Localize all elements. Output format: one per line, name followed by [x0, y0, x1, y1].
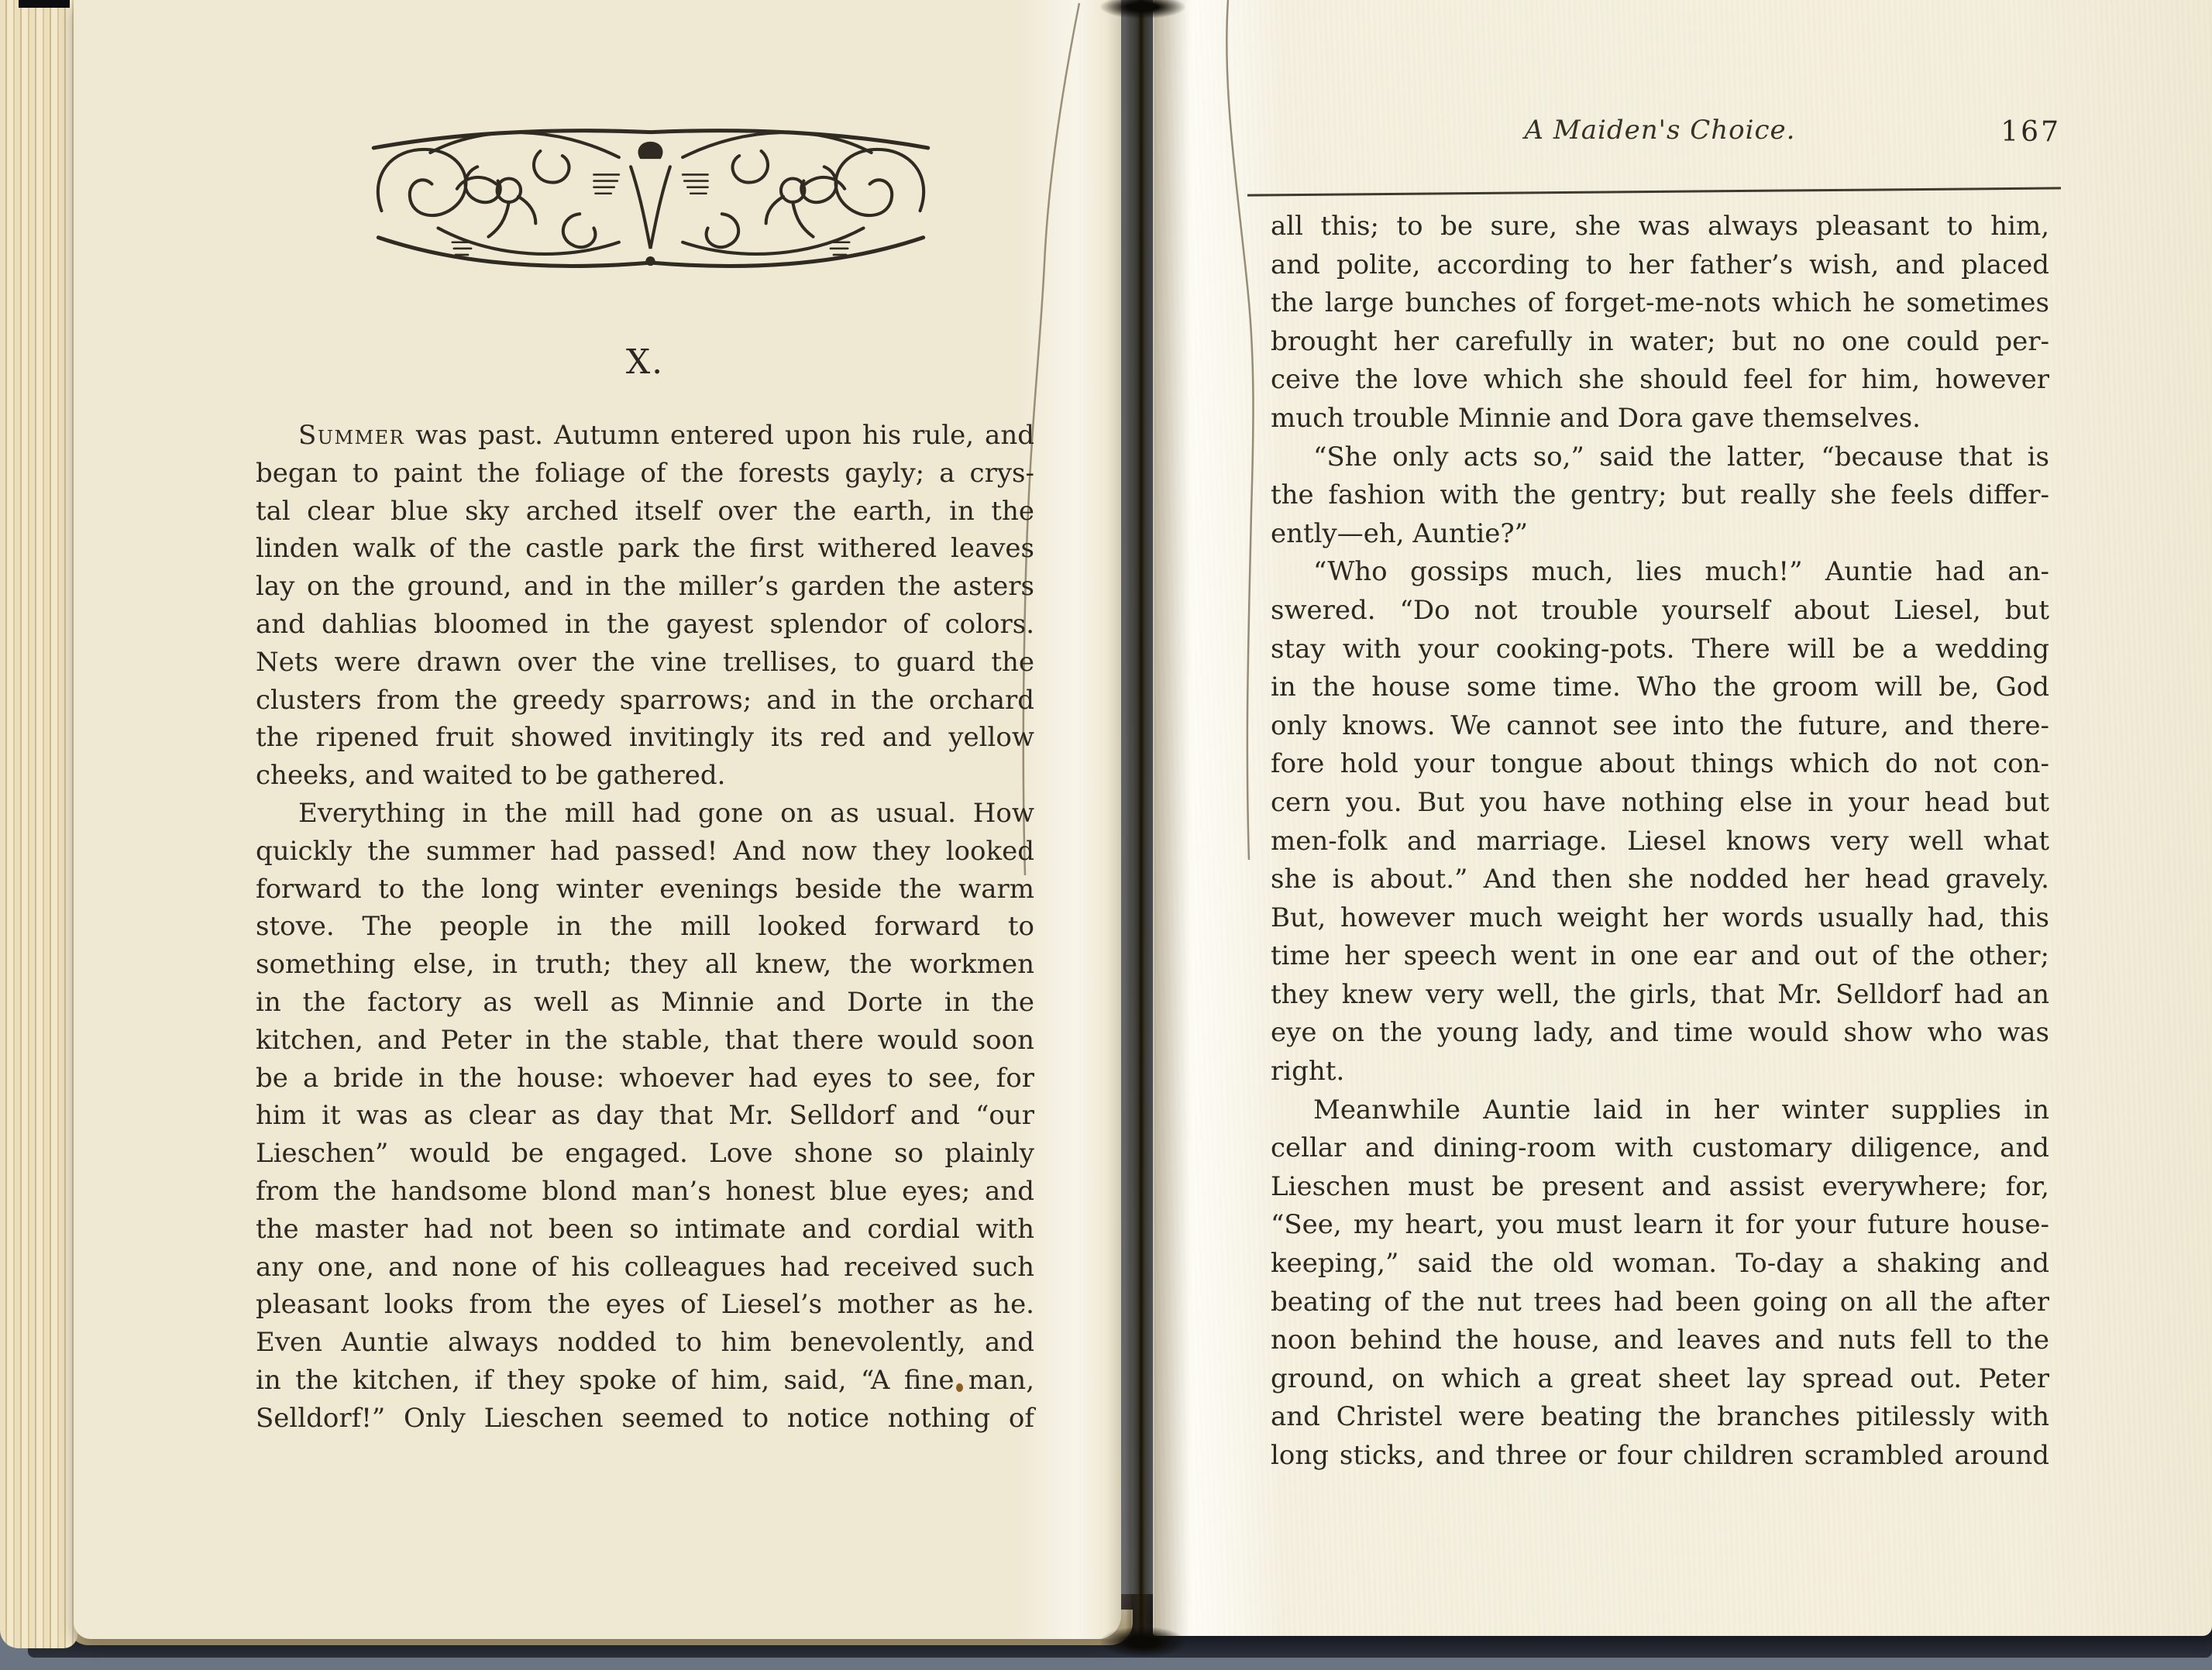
- text-line: from the handsome blond man’s honest blu…: [256, 1173, 1034, 1211]
- text-line: time her speech went in one ear and out …: [1271, 937, 2049, 976]
- text-line: long sticks, and three or four children …: [1271, 1437, 2049, 1476]
- cover-corner: [19, 0, 70, 8]
- text-line: only knows. We cannot see into the futur…: [1271, 707, 2049, 746]
- text-line: men-folk and marriage. Liesel knows very…: [1271, 823, 2049, 861]
- text-line: and Christel were beating the branches p…: [1271, 1398, 2049, 1437]
- text-line: But, however much weight her words usual…: [1271, 899, 2049, 938]
- left-page-text: Summer was past. Autumn entered upon his…: [256, 417, 1034, 1438]
- text-line: cellar and dining-room with customary di…: [1271, 1129, 2049, 1168]
- text-line: in the kitchen, if they spoke of him, sa…: [256, 1362, 1034, 1400]
- chapter-headpiece-ornament: [358, 115, 944, 294]
- text-line: all this; to be sure, she was always ple…: [1271, 208, 2049, 246]
- text-line: stay with your cooking-pots. There will …: [1271, 631, 2049, 669]
- text-line: Lieschen must be present and assist ever…: [1271, 1168, 2049, 1207]
- text-line: Even Auntie always nodded to him benevol…: [256, 1324, 1034, 1362]
- text-line: kitchen, and Peter in the stable, that t…: [256, 1022, 1034, 1060]
- text-line: much trouble Minnie and Dora gave themse…: [1271, 400, 2049, 438]
- text-line: brought her carefully in water; but no o…: [1271, 323, 2049, 362]
- text-line: and polite, according to her father’s wi…: [1271, 246, 2049, 285]
- running-header: A Maiden's Choice.: [1271, 115, 2049, 153]
- text-line: tal clear blue sky arched itself over th…: [256, 493, 1034, 531]
- text-line: pleasant looks from the eyes of Liesel’s…: [256, 1286, 1034, 1324]
- engraving-graphic: [358, 115, 944, 294]
- text-line: any one, and none of his colleagues had …: [256, 1249, 1034, 1287]
- text-line: swered. “Do not trouble yourself about L…: [1271, 592, 2049, 631]
- text-line: Meanwhile Auntie laid in her winter supp…: [1271, 1091, 2049, 1130]
- text-line: something else, in truth; they all knew,…: [256, 946, 1034, 984]
- text-line: “She only acts so,” said the latter, “be…: [1271, 438, 2049, 477]
- gutter-shadow-top: [1100, 0, 1185, 19]
- text-line: the ripened fruit showed invitingly its …: [256, 719, 1034, 757]
- text-line: cern you. But you have nothing else in y…: [1271, 784, 2049, 823]
- text-line: Nets were drawn over the vine trellises,…: [256, 644, 1034, 682]
- text-line: clusters from the greedy sparrows; and i…: [256, 682, 1034, 720]
- page-stack-fore-edge: [0, 0, 77, 1648]
- small-caps-lead: Summer: [298, 420, 404, 451]
- text-line: him it was as clear as day that Mr. Sell…: [256, 1097, 1034, 1135]
- gutter-shadow-bottom: [1100, 1627, 1185, 1658]
- text-line: lay on the ground, and in the miller’s g…: [256, 568, 1034, 606]
- text-line: ceive the love which she should feel for…: [1271, 361, 2049, 400]
- text-line: right.: [1271, 1053, 2049, 1091]
- text-line: began to paint the foliage of the forest…: [256, 455, 1034, 493]
- text-line: Everything in the mill had gone on as us…: [256, 795, 1034, 833]
- text-line: she is about.” And then she nodded her h…: [1271, 861, 2049, 899]
- text-line: be a bride in the house: whoever had eye…: [256, 1060, 1034, 1098]
- text-line: “See, my heart, you must learn it for yo…: [1271, 1206, 2049, 1245]
- text-line: the large bunches of forget-me-nots whic…: [1271, 284, 2049, 323]
- text-line: in the house some time. Who the groom wi…: [1271, 668, 2049, 707]
- text-line: the master had not been so intimate and …: [256, 1211, 1034, 1249]
- text-line: Summer was past. Autumn entered upon his…: [256, 417, 1034, 455]
- right-page-gutter-curve: [1154, 0, 1282, 1636]
- text-line: beating of the nut trees had been going …: [1271, 1283, 2049, 1322]
- right-page-text: all this; to be sure, she was always ple…: [1271, 208, 2049, 1476]
- text-line: keeping,” said the old woman. To-day a s…: [1271, 1245, 2049, 1283]
- text-line: the fashion with the gentry; but really …: [1271, 476, 2049, 515]
- text-line: in the factory as well as Minnie and Dor…: [256, 984, 1034, 1022]
- page-number: 167: [1968, 116, 2061, 155]
- text-line: forward to the long winter evenings besi…: [256, 871, 1034, 909]
- text-line: “Who gossips much, lies much!” Auntie ha…: [1271, 553, 2049, 592]
- text-line: fore hold your tongue about things which…: [1271, 745, 2049, 784]
- text-line: quickly the summer had passed! And now t…: [256, 833, 1034, 871]
- text-line: ground, on which a great sheet lay sprea…: [1271, 1360, 2049, 1399]
- text-line: ently—eh, Auntie?”: [1271, 515, 2049, 554]
- chapter-number-heading: X.: [256, 342, 1034, 389]
- text-line: cheeks, and waited to be gathered.: [256, 757, 1034, 795]
- text-line: noon behind the house, and leaves and nu…: [1271, 1321, 2049, 1360]
- text-line: linden walk of the castle park the first…: [256, 530, 1034, 568]
- text-line: Lieschen” would be engaged. Love shone s…: [256, 1135, 1034, 1173]
- text-line: they knew very well, the girls, that Mr.…: [1271, 976, 2049, 1015]
- text-line: Selldorf!” Only Lieschen seemed to notic…: [256, 1400, 1034, 1438]
- text-line: eye on the young lady, and time would sh…: [1271, 1014, 2049, 1053]
- text-line: stove. The people in the mill looked for…: [256, 908, 1034, 946]
- text-line: and dahlias bloomed in the gayest splend…: [256, 606, 1034, 644]
- binding-gutter: [1125, 0, 1156, 1648]
